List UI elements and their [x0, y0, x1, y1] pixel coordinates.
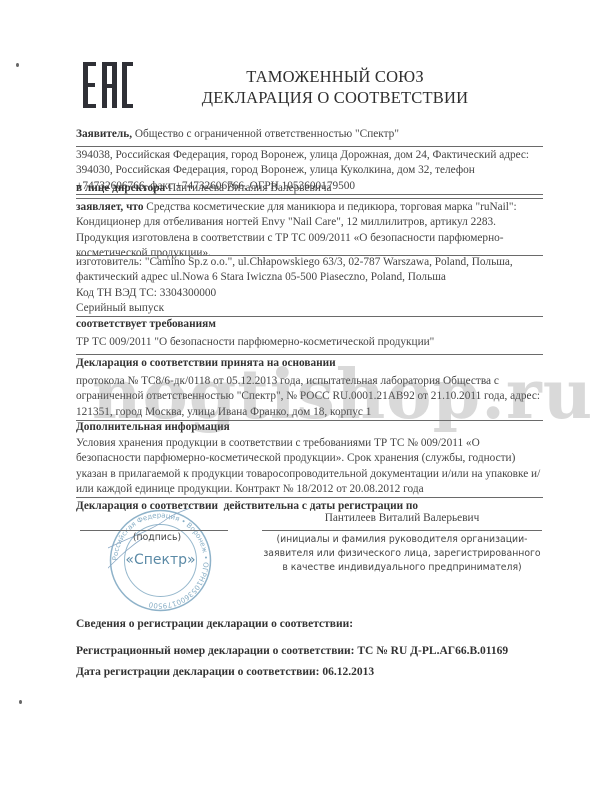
basis-row: Декларация о соответствии принята на осн…	[76, 356, 543, 371]
title-line-customs-union: ТАМОЖЕННЫЙ СОЮЗ	[190, 66, 480, 87]
additional-label: Дополнительная информация	[76, 420, 543, 435]
declaration-document: ТАМОЖЕННЫЙ СОЮЗ ДЕКЛАРАЦИЯ О СООТВЕТСТВИ…	[0, 0, 596, 800]
registration-number-label: Регистрационный номер декларации о соотв…	[76, 645, 357, 657]
series-type: Серийный выпуск	[76, 301, 543, 316]
basis-label: Декларация о соответствии принята на осн…	[76, 356, 543, 371]
registration-date-value: 06.12.2013	[322, 666, 374, 678]
declares-text: Средства косметические для маникюра и пе…	[76, 201, 517, 259]
signer-caption: (инициалы и фамилия руководителя организ…	[262, 533, 542, 575]
signature-caption: (подпись)	[112, 532, 202, 543]
divider	[76, 146, 543, 147]
director-row: в лице директора Пантилеева Виталия Вале…	[76, 181, 543, 196]
manufacturer-line: изготовитель: "Camino Sp.z o.o.", ul.Chł…	[76, 255, 543, 270]
manufacturer-actual-address: фактический адрес ul.Nowa 6 Stara Iwiczn…	[76, 270, 543, 285]
registration-number-row: Регистрационный номер декларации о соотв…	[76, 645, 508, 657]
manufacturer-block: изготовитель: "Camino Sp.z o.o.", ul.Chł…	[76, 255, 543, 316]
stamp-center-text: «Спектр»	[108, 552, 213, 568]
applicant-name: Общество с ограниченной ответственностью…	[132, 128, 399, 140]
title-line-declaration: ДЕКЛАРАЦИЯ О СООТВЕТСТВИИ	[190, 87, 480, 108]
applicant-label: Заявитель,	[76, 128, 132, 140]
registration-heading: Сведения о регистрации декларации о соот…	[76, 618, 353, 630]
director-label: в лице директора	[76, 182, 165, 194]
registration-date-row: Дата регистрации декларации о соответств…	[76, 666, 374, 678]
basis-text: протокола № ТС8/6-дк/0118 от 05.12.2013 …	[76, 374, 543, 420]
hs-code: Код ТН ВЭД ТС: 3304300000	[76, 286, 543, 301]
divider	[76, 354, 543, 355]
registration-number-value: ТС № RU Д-PL.АГ66.В.01169	[357, 645, 508, 657]
stamp-name: «Спектр»	[125, 552, 195, 568]
additional-text: Условия хранения продукции в соответстви…	[76, 436, 543, 497]
scan-speck	[19, 700, 22, 704]
registration-date-label: Дата регистрации декларации о соответств…	[76, 666, 322, 678]
declares-row: заявляет, что Средства косметические для…	[76, 200, 543, 261]
conforms-row: соответствует требованиям	[76, 317, 543, 332]
divider	[76, 497, 543, 498]
eac-mark-icon	[83, 62, 133, 108]
signer-name: Пантилеев Виталий Валерьевич	[262, 512, 542, 524]
applicant-row: Заявитель, Общество с ограниченной ответ…	[76, 127, 543, 142]
document-title: ТАМОЖЕННЫЙ СОЮЗ ДЕКЛАРАЦИЯ О СООТВЕТСТВИ…	[190, 66, 480, 108]
conforms-label: соответствует требованиям	[76, 317, 543, 332]
signer-line	[262, 530, 542, 531]
signature-line	[80, 530, 228, 531]
conforms-standard: ТР ТС 009/2011 "О безопасности парфюмерн…	[76, 335, 543, 350]
declares-label: заявляет, что	[76, 201, 143, 213]
divider	[76, 198, 543, 199]
director-name: Пантилеева Виталия Валерьевича	[165, 182, 331, 194]
additional-row: Дополнительная информация	[76, 420, 543, 435]
scan-speck	[16, 63, 19, 67]
